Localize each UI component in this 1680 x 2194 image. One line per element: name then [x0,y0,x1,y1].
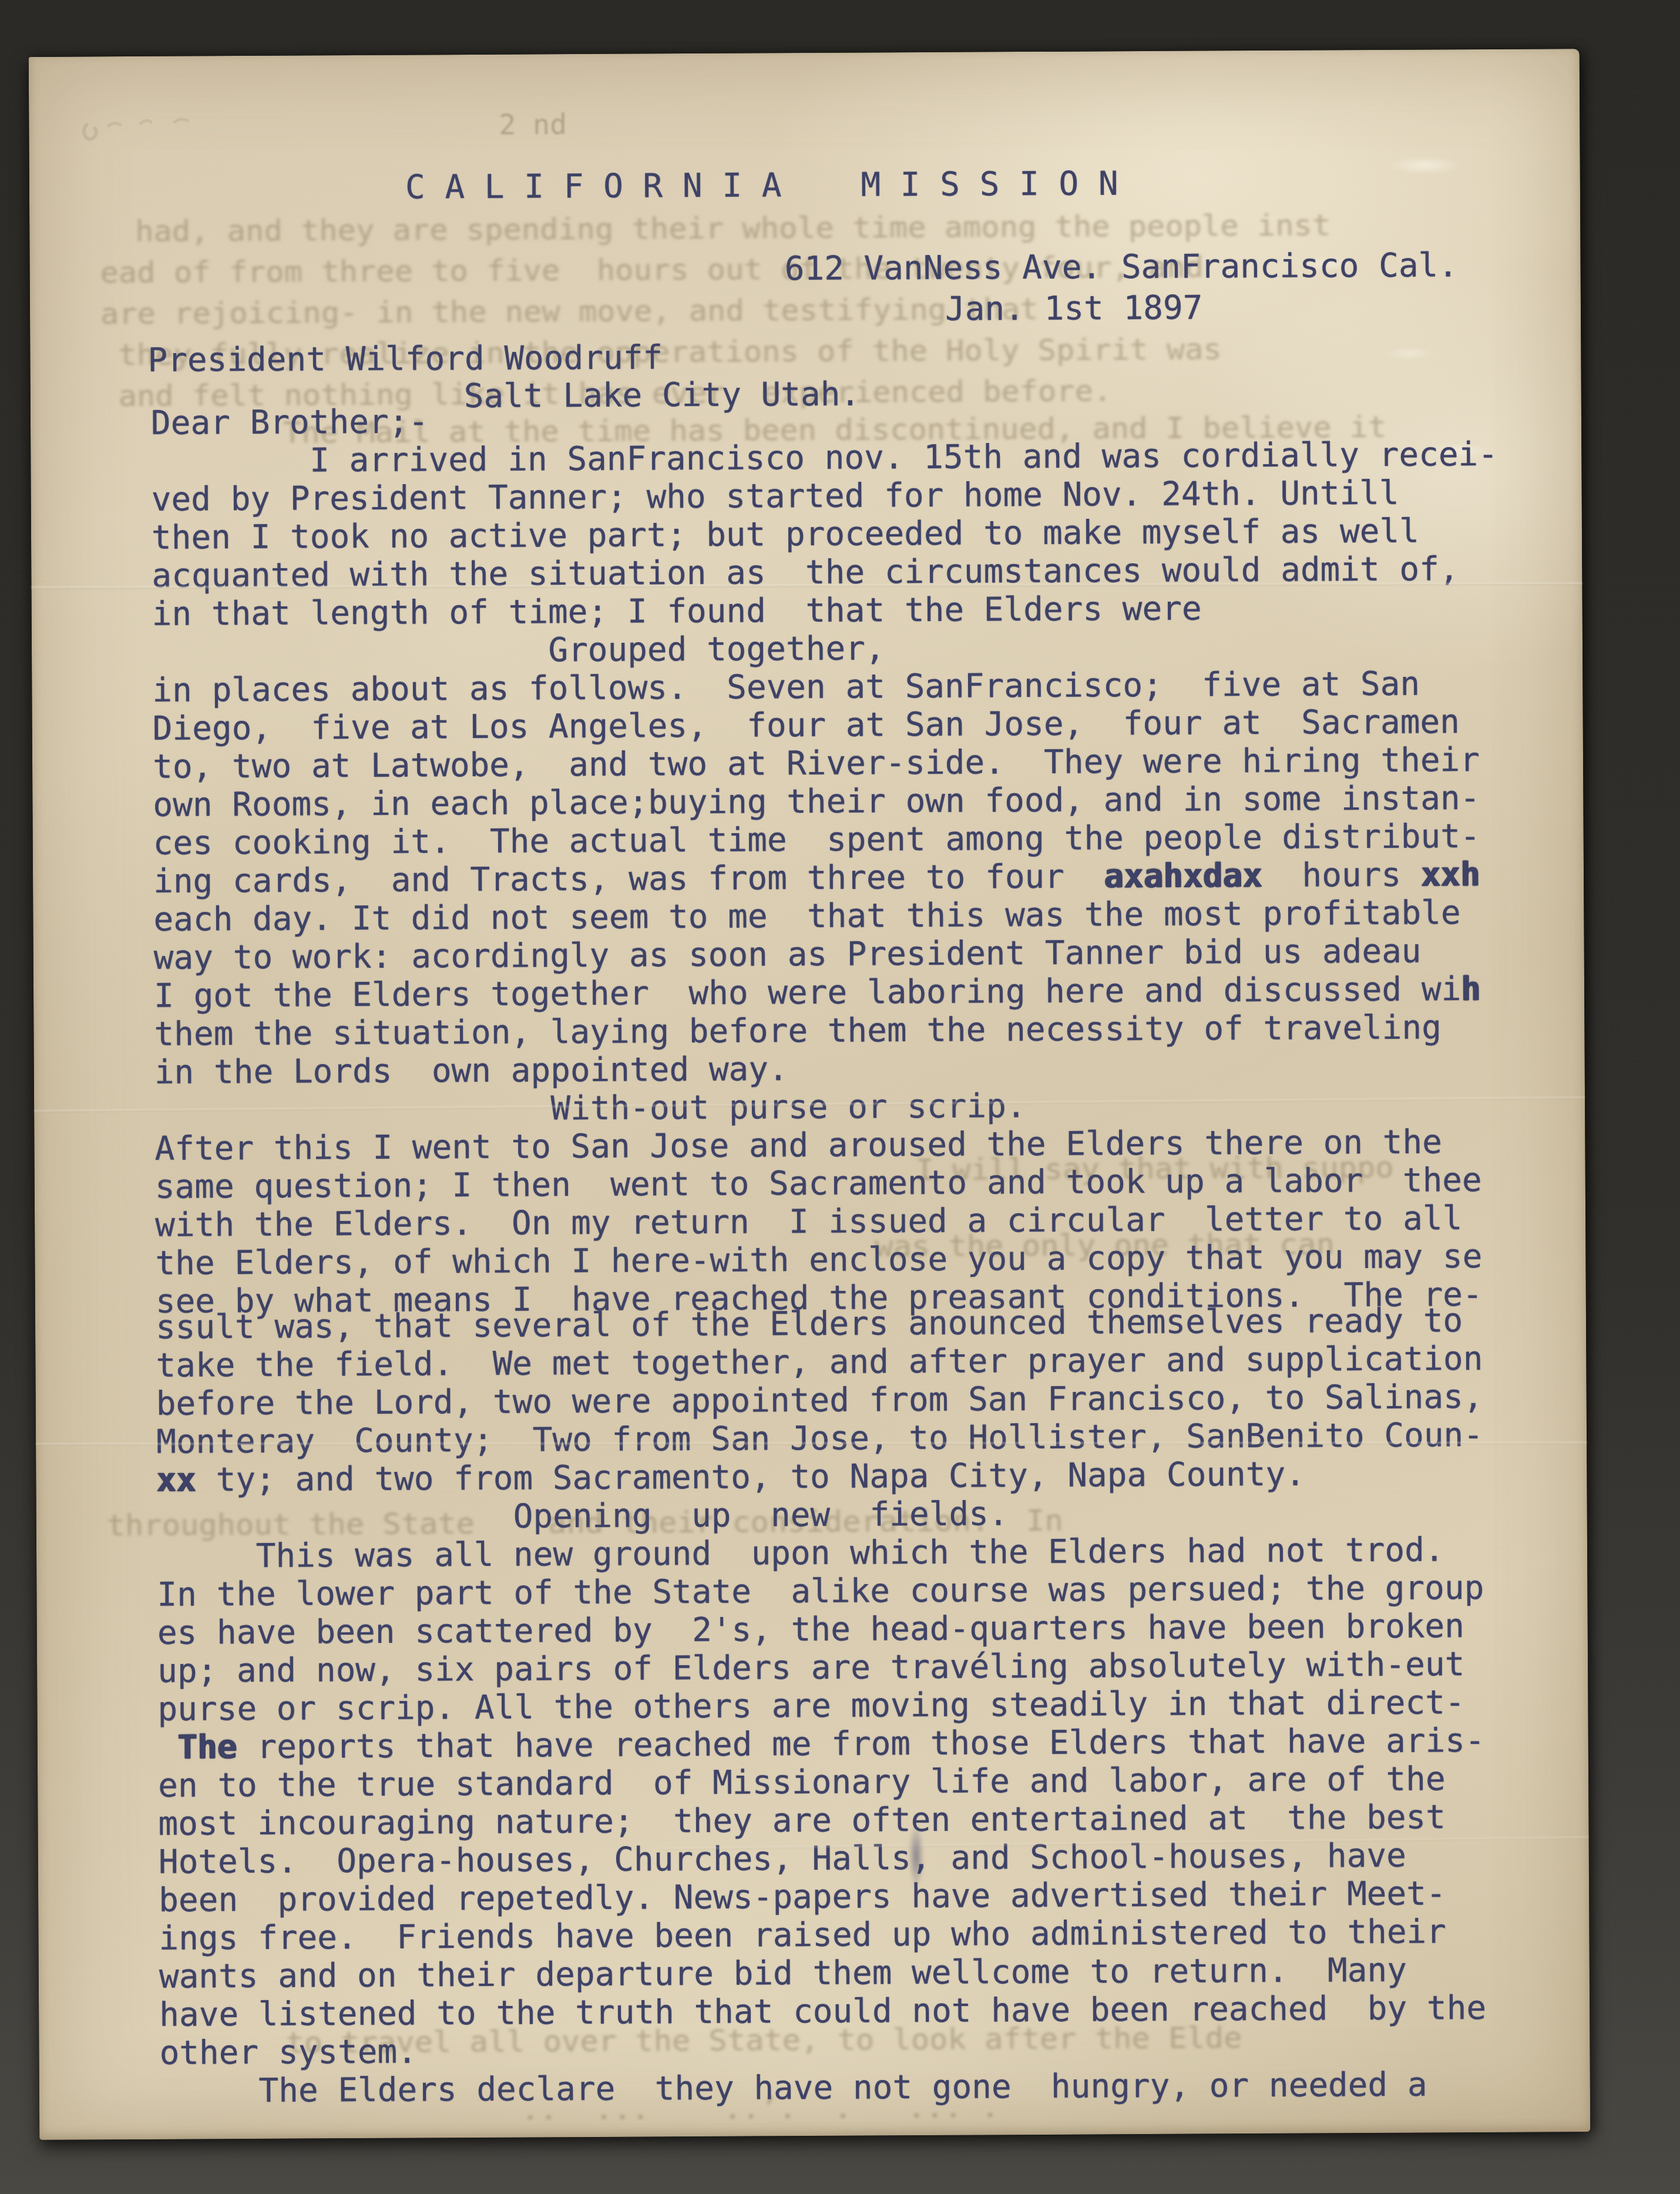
letter-line: them the situation, laying before them t… [154,1008,1564,1054]
letter-line: have listened to the truth that could no… [159,1988,1569,2034]
recipient-name: President Wilford Woodruff [147,340,663,378]
sender-address: 612 VanNess Ave. SanFrancisco Cal. [784,248,1458,287]
bleedthrough-layer: had, and they are spending their whole t… [29,49,1580,57]
letterhead-title: C A L I F O R N I A M I S S I O N [405,166,1118,205]
letter-body: Dear Brother;- I arrived in SanFrancisco… [151,397,1570,2111]
bleedthrough-line: had, and they are spending their whole t… [135,208,1330,249]
letter-line: Monteray County; Two from San Jose, to H… [156,1415,1566,1461]
letter-line: The Elders declare they have not gone hu… [160,2065,1570,2111]
scan-backdrop: 2 nd had, and they are spending their wh… [0,0,1680,2194]
letter-lines: I arrived in SanFrancisco nov. 15th and … [151,435,1570,2111]
letter-page: 2 nd had, and they are spending their wh… [29,49,1591,2140]
bleedthrough-page-number: 2 nd [499,108,567,142]
bleedthrough-line: are rejoicing- in the new move, and test… [100,292,1039,331]
pencil-squiggle [76,108,229,149]
letter-date: Jan. 1st 1897 [945,290,1203,327]
letter-line: acquanted with the situation as the circ… [152,549,1561,595]
ink-smudge [906,1812,926,1900]
